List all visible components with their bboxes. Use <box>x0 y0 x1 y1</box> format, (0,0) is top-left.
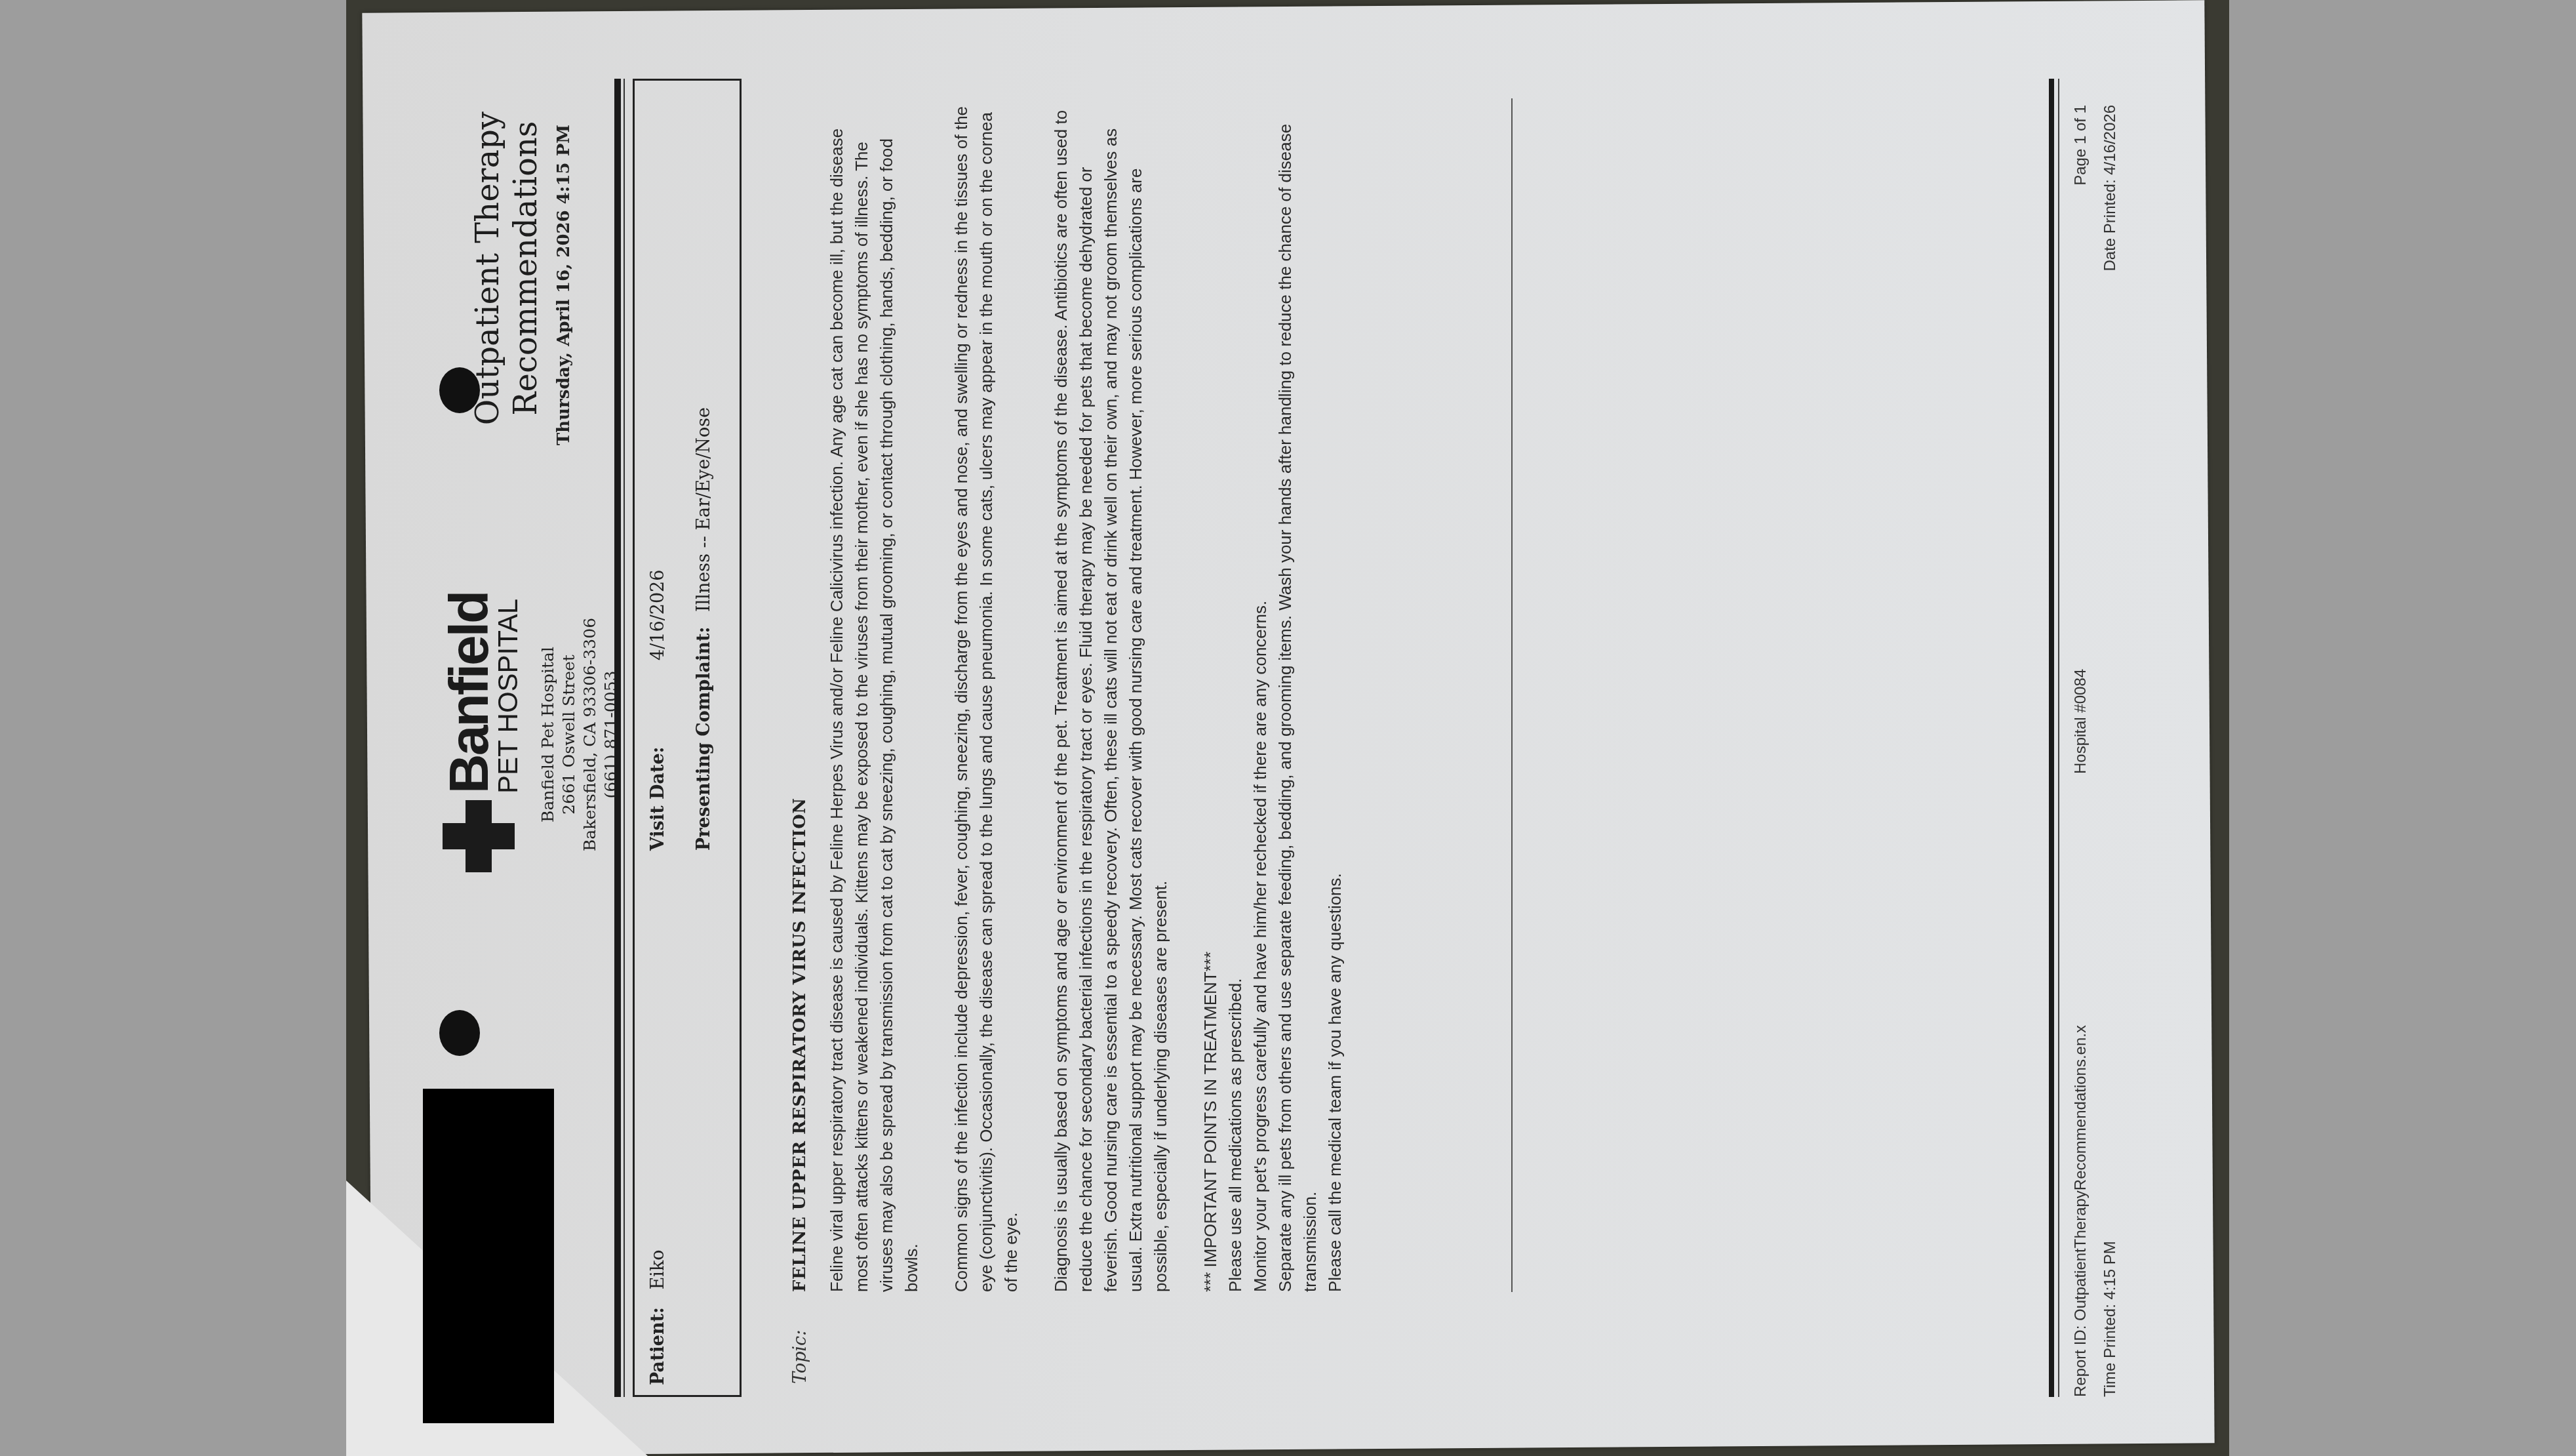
footer-divider <box>2049 79 2054 1397</box>
hospital-number: Hospital #0084 <box>2072 669 2090 774</box>
complaint-value: Illness -- Ear/Eye/Nose <box>694 407 714 612</box>
divider <box>1511 98 1513 1292</box>
report-id: Report ID: OutpatientTherapyRecommendati… <box>2072 1025 2090 1397</box>
address-line: Banfield Pet Hospital <box>538 597 559 872</box>
title-line: Outpatient Therapy <box>469 111 507 425</box>
patient-label: Patient: <box>648 1307 668 1385</box>
document-datetime: Thursday, April 16, 2026 4:15 PM <box>554 125 574 445</box>
topic-body: Feline viral upper respiratory tract dis… <box>824 105 1347 1292</box>
page-number: Page 1 of 1 <box>2072 105 2090 186</box>
footer-divider <box>2058 79 2059 1397</box>
topic-label: Topic: <box>790 1330 810 1384</box>
date-printed: Date Printed: 4/16/2026 <box>2101 105 2120 272</box>
patient-name: Eiko <box>648 1249 668 1289</box>
cross-pet-logo-icon <box>443 800 515 872</box>
address-line: Bakersfield, CA 93306-3306 <box>580 597 601 872</box>
redaction-box <box>423 1089 554 1423</box>
document-title: Outpatient Therapy Recommendations <box>469 111 545 425</box>
important-heading: *** IMPORTANT POINTS IN TREATMENT*** <box>1198 105 1223 1292</box>
complaint-label: Presenting Complaint: <box>694 627 714 851</box>
important-point: Please use all medications as prescribed… <box>1223 105 1248 1292</box>
hospital-address: Banfield Pet Hospital 2661 Oswell Street… <box>538 597 622 872</box>
paragraph-signs: Common signs of the infection include de… <box>949 105 1023 1292</box>
document-page: Banfield PET HOSPITAL Banfield Pet Hospi… <box>423 26 2206 1423</box>
time-printed: Time Printed: 4:15 PM <box>2101 1241 2120 1397</box>
brand-sub: PET HOSPITAL <box>495 592 521 794</box>
visit-date-value: 4/16/2026 <box>648 570 668 660</box>
important-point: Please call the medical team if you have… <box>1322 105 1347 1292</box>
punch-hole <box>439 1010 480 1056</box>
brand-name: Banfield <box>443 592 495 794</box>
background-right <box>2229 0 2576 1456</box>
background-left <box>0 0 346 1456</box>
important-point: Monitor your pet's progress carefully an… <box>1248 105 1273 1292</box>
divider <box>614 79 621 1397</box>
title-line: Recommendations <box>507 111 545 425</box>
visit-date-label: Visit Date: <box>648 746 668 851</box>
topic-heading: FELINE UPPER RESPIRATORY VIRUS INFECTION <box>790 798 810 1292</box>
patient-info-box: Patient: Eiko Visit Date: 4/16/2026 Pres… <box>633 79 742 1397</box>
paragraph-cause: Feline viral upper respiratory tract dis… <box>824 105 924 1292</box>
important-point: Separate any ill pets from others and us… <box>1273 105 1322 1292</box>
address-line: 2661 Oswell Street <box>559 597 580 872</box>
banfield-logo: Banfield PET HOSPITAL <box>443 592 521 872</box>
paragraph-diagnosis: Diagnosis is usually based on symptoms a… <box>1048 105 1173 1292</box>
divider <box>624 79 625 1397</box>
